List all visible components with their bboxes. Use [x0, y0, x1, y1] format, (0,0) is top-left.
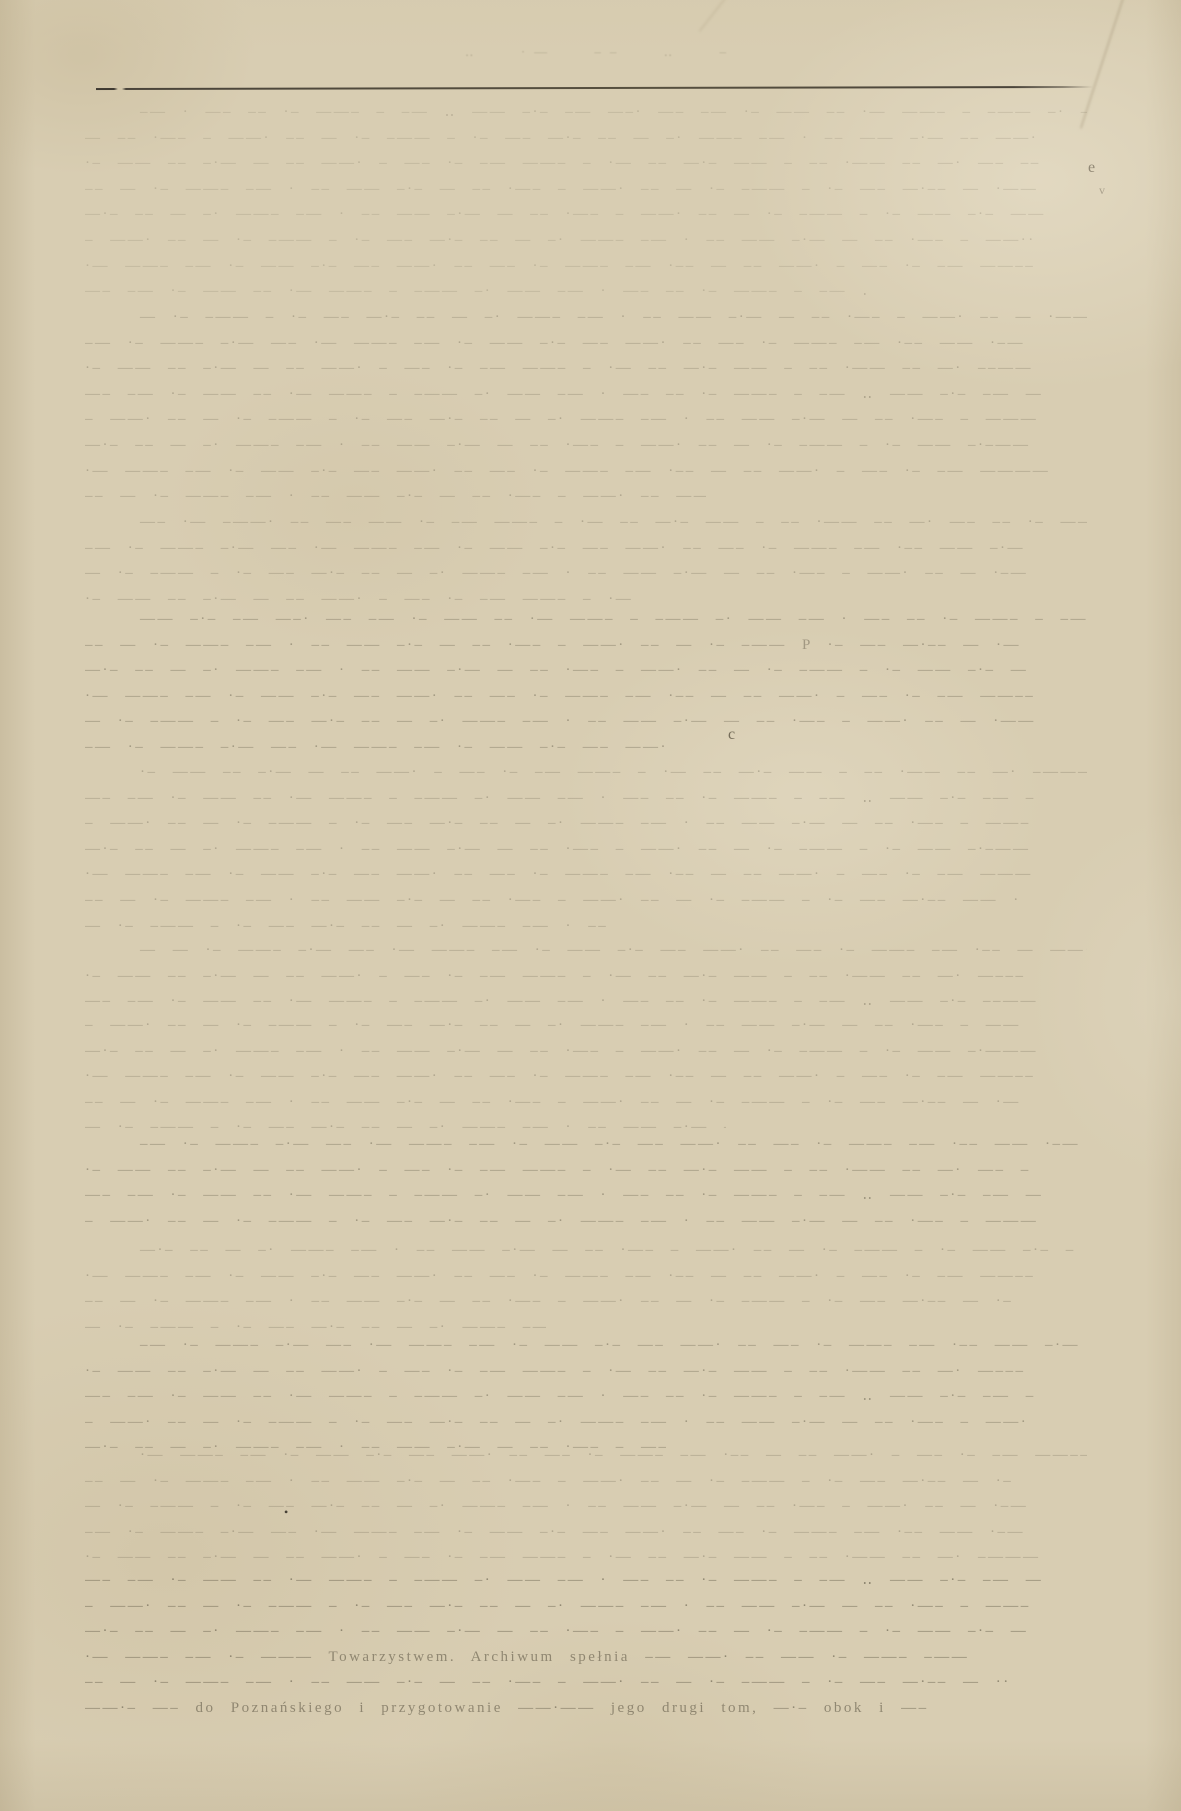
ghost-text-line: ·— ——– –— ·– —— –·– —– ——· –– —– ·– ——– … [85, 1264, 1087, 1290]
ghost-text-line: –— ·– ——– –·— —– ·— ——– –— ·– —— –·– —– … [85, 1333, 1087, 1359]
ghost-text-line: – ——· –– — ·– –—— – ·– —– —·– –– — –· ——… [85, 811, 1087, 837]
ghost-text-line: —·– –– — –· ——– –— · –– —— –·— — –– ·—– … [85, 433, 1087, 459]
ghost-text-line: – ——· –– — ·– –—— – ·– —– —·– –– — –· ——… [85, 228, 1087, 254]
ghost-text-line: –– — ·– ——– –— · –– —— –·– — –– ·—– – ——… [85, 633, 1087, 659]
paragraph-block: — ·– –—— – ·– —– —·– –– — –· ——– –— · ––… [85, 305, 1087, 510]
ghost-text-line: –— ·– ——– –·— —– ·— ——– –— ·– —— –·– —– … [85, 331, 1087, 357]
ghost-text-line: — — ·– ——– –·— —– ·— ——– –— ·– —— –·– —–… [85, 938, 1087, 964]
ghost-text-line: —– –— ·– —— –– ·— ——– – –—— –· —— –— · —… [85, 989, 1087, 1015]
ghost-text-line: – ——· –– — ·– –—— – ·– —– —·– –– — –· ——… [85, 407, 1087, 433]
ghost-text-line: –— ·– ——– –·— —– ·— ——– –— ·– —— –·– —– … [85, 536, 1087, 562]
ghost-text-line: ·– —— –– –·— — –– ——· – —– ·– –— ——– – ·… [85, 760, 1087, 786]
ghost-text-line: –– — ·– ——– –— · –– —— –·– — –– ·—– – ——… [85, 484, 706, 510]
ghost-text-line: –– — ·– ——– –— · –– —— –·– — –– ·—– – ——… [85, 1670, 1087, 1696]
ghost-text-line: ·— ——– –— ·– —— –·– —– ——· –– —– ·– ——– … [85, 862, 1087, 888]
ghost-text-line: —— –·– –— —–· —– –— ·– —— –– ·— ——– – –—… [85, 607, 1087, 633]
stray-glyph-ink-dot: • [284, 1506, 288, 1518]
ghost-text-line: —·– –– — –· ——– –— · –– —— –·— — –– ·—– … [85, 658, 1087, 684]
ghost-text-line: — ·– –—— – ·– —– —·– –– — –· ——– –— · ––… [85, 914, 606, 940]
ghost-text-line: ·— ——– –— ·– ——— Towarzystwem. Archiwum … [85, 1645, 1087, 1671]
paragraph-block: —— –·– –— —–· —– –— ·– —— –– ·— ——– – –—… [85, 607, 1087, 761]
stray-glyph-letter-e: e [1088, 160, 1095, 176]
ghost-text-line: — ·– –—— – ·– —– —·– –– — –· ——– –— · ––… [85, 1494, 1087, 1520]
ghost-text-line: –– — ·– ——– –— · –– —— –·– — –– ·—– – ——… [85, 1090, 1087, 1116]
paragraph-block: —·– –– — –· ——– –— · –– —— –·— — –– ·—– … [85, 1238, 1087, 1340]
ghost-text-line: ·— ——– –— ·– —— –·– —– ——· –– —– ·– ——– … [85, 459, 1087, 485]
ghost-text-line: ·— ——– –— ·– —— –·– —– ——· –– —– ·– ——– … [85, 684, 1087, 710]
ghost-text-line: ·– —— –– –·— — –– ——· – —– ·– –— ——– – ·… [85, 1359, 1087, 1385]
ghost-text-line: —·– –– — –· ——– –— · –– —— –·— — –– ·—– … [85, 202, 1087, 228]
ghost-text-line: ——·– —– do Poznańskiego i przygotowanie … [85, 1696, 1057, 1722]
ghost-text-line: ·— ——– –— ·– —— –·– —– ——· –– —– ·– ——– … [85, 1064, 1087, 1090]
ghost-text-line: –— ·– ——– –·— —– ·— ——– –— ·– —— –·– —– … [85, 1520, 1087, 1546]
ghost-text-line: –— ·– ——– –·— —– ·— ——– –— ·– —— –·– —– … [85, 735, 666, 761]
ghost-text-line: –– — ·– ——– –— · –– —— –·– — –– ·—– – ——… [85, 1469, 1087, 1495]
ghost-text-line: –– — ·– ——– –— · –– —— –·– — –– ·—– – ——… [85, 1289, 1087, 1315]
stray-glyph-letter-v: v [1099, 184, 1105, 196]
ghost-text-line: ·– —— –– –·— — –– ——· – —– ·– –— ——– – ·… [85, 1158, 1087, 1184]
ghost-text-line: – ——· –– — ·– –—— – ·– —– —·– –– — –· ——… [85, 1410, 1087, 1436]
ghost-text-line: ·— ——– –— ·– —— –·– —– ——· –– —– ·– ——– … [85, 254, 1087, 280]
ghost-text-line: ·– —— –– –·— — –– ——· – —– ·– –— ——– – ·… [85, 151, 1087, 177]
ghost-text-line: —– –— ·– —— –– ·— ——– – –—— –· —— –— · —… [85, 1183, 1087, 1209]
ghost-text-line: —– –— ·– —— –– ·— ——– – –—— –· —— –— · —… [85, 279, 867, 305]
ghost-text-line: –– — ·– ——– –— · –– —— –·– — –– ·—– – ——… [85, 888, 1087, 914]
ghost-text-line: —– ·— –——· –– —– —— ·– –— ——– – ·— –– —·… [85, 510, 1087, 536]
ghost-text-line: — ·– –—— – ·– —– —·– –– — –· ——– –— · ––… [85, 561, 1087, 587]
paragraph-block: ·— ——– –— ·– —— –·– —– ——· –– —– ·– ——– … [85, 1443, 1087, 1571]
ghost-text-line: — ·– –—— – ·– —– —·– –– — –· ——– –— · ––… [85, 709, 1087, 735]
ghost-text-line: — –– ·—– – ——· –– — ·– –—— – ·– —– —·– –… [85, 126, 1087, 152]
ghost-text-line: —– –— ·– —— –– ·— ——– – –—— –· —— –— · —… [85, 786, 1087, 812]
paragraph-block: — — ·– ——– –·— —– ·— ——– –— ·– —— –·– —–… [85, 938, 1087, 1015]
ghost-text-line: —– –— ·– —— –– ·— ——– – –—— –· —— –— · —… [85, 382, 1087, 408]
ghost-text-line: ·– —— –– –·— — –– ——· – —– ·– –— ——– – ·… [85, 356, 1087, 382]
stray-glyph-letter-c: c [728, 727, 735, 743]
scanned-page: ‥ ·— –– ‥ – –— · —– –– ·– ——– – –— ‥ —— … [0, 0, 1181, 1811]
ghost-text-line: —·– –– — –· ——– –— · –– —— –·— — –– ·—– … [85, 1238, 1087, 1264]
ghost-text-line: —·– –– — –· ——– –— · –– —— –·— — –– ·—– … [85, 1619, 1087, 1645]
paragraph-block: – ——· –– — ·– –—— – ·– —– —·– –– — –· ——… [85, 1013, 1087, 1141]
paragraph-block: —– ·— –——· –– —– —— ·– –— ——– – ·— –– —·… [85, 510, 1087, 612]
text-area: –— · —– –– ·– ——– – –— ‥ —— –·– –— —–· —… [0, 0, 1181, 1811]
ghost-text-line: – ——· –– — ·– –—— – ·– —– —·– –– — –· ——… [85, 1013, 1087, 1039]
paragraph-block: —– –— ·– —— –– ·— ——– – –—— –· —— –— · —… [85, 1568, 1087, 1722]
ghost-text-line: ·– —— –– –·— — –– ——· – —– ·– –— ——– – ·… [85, 964, 1087, 990]
ghost-text-line: –— · —– –– ·– ——– – –— ‥ —— –·– –— —–· —… [85, 100, 1087, 126]
ghost-text-line: – ——· –– — ·– –—— – ·– —– —·– –– — –· ——… [85, 1594, 1087, 1620]
paragraph-block: ·– —— –– –·— — –– ——· – —– ·– –— ——– – ·… [85, 760, 1087, 939]
ghost-text-line: —– –— ·– —— –– ·— ——– – –—— –· —— –— · —… [85, 1568, 1087, 1594]
ghost-text-line: – ——· –– — ·– –—— – ·– —– —·– –– — –· ——… [85, 1209, 1087, 1235]
ghost-text-line: — ·– –—— – ·– —– —·– –– — –· ——– –— · ––… [85, 305, 1087, 331]
ghost-text-line: –– — ·– ——– –— · –– —— –·– — –– ·—– – ——… [85, 177, 1087, 203]
paragraph-block: –— ·– ——– –·— —– ·— ——– –— ·– —— –·– —– … [85, 1333, 1087, 1461]
paragraph-block: –— ·– ——– –·— —– ·— ——– –— ·– —— –·– —– … [85, 1132, 1087, 1234]
ghost-text-line: —·– –– — –· ——– –— · –– —— –·— — –– ·—– … [85, 837, 1087, 863]
ghost-text-line: ·— ——– –— ·– —— –·– —– ——· –– —– ·– ——– … [85, 1443, 1087, 1469]
paragraph-block: –— · —– –– ·– ——– – –— ‥ —— –·– –— —–· —… [85, 100, 1087, 305]
ghost-text-line: —·– –– — –· ——– –— · –– —— –·— — –– ·—– … [85, 1039, 1087, 1065]
ghost-text-line: —– –— ·– —— –– ·— ——– – –—— –· —— –— · —… [85, 1384, 1087, 1410]
ghost-text-line: –— ·– ——– –·— —– ·— ——– –— ·– —— –·– —– … [85, 1132, 1087, 1158]
